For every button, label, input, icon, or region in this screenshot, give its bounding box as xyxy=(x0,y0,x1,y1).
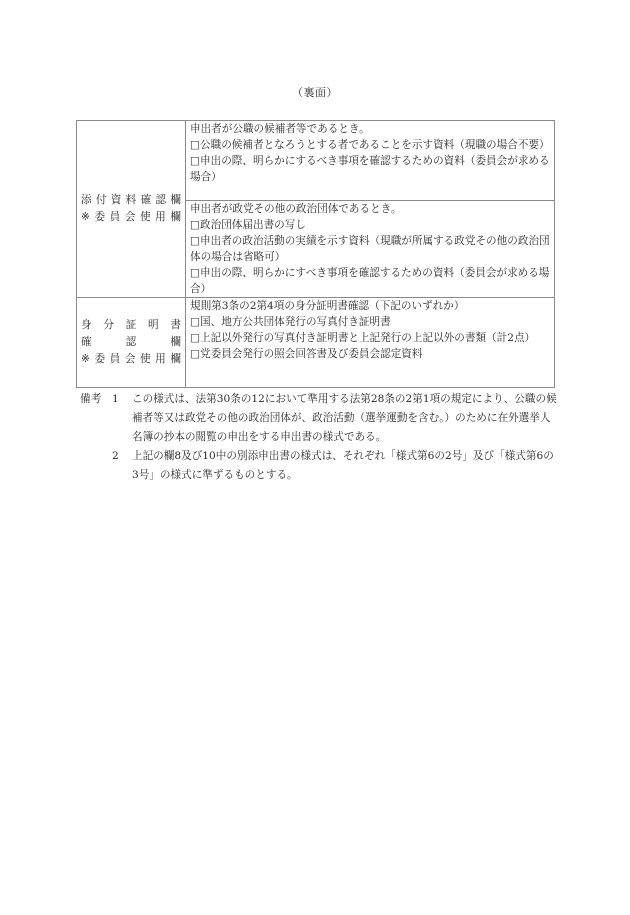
label-char: 資 xyxy=(111,192,122,209)
id-label-line-1: 身 分 証 明 書 xyxy=(81,317,181,334)
label-char: 使 xyxy=(140,351,151,368)
label-char: 使 xyxy=(140,209,151,226)
label-char: 確 xyxy=(81,334,92,351)
label-char: 証 xyxy=(126,317,137,334)
id-label-cell: 身 分 証 明 書 確 認 欄 ※ 委 員 会 使 用 欄 xyxy=(77,298,186,388)
label-char: 用 xyxy=(155,351,166,368)
remark-item-1: 備考 1 この様式は、法第30条の12において準用する法第28条の2第1項の規定… xyxy=(80,390,558,447)
checkbox-item-party-registration[interactable]: □政治団体届出書の写し xyxy=(190,217,551,233)
label-char: 明 xyxy=(148,317,159,334)
checkbox-item-party-extra[interactable]: □申出の際、明らかにすべき事項を確認するための資料（委員会が求める場合） xyxy=(190,265,551,297)
label-char: ※ xyxy=(81,351,90,368)
attachment-label-cell: 添 付 資 料 確 認 欄 ※ 委 員 会 使 用 欄 xyxy=(77,121,186,298)
label-char: 会 xyxy=(125,351,136,368)
remark-number: 1 xyxy=(112,390,124,447)
page-title: （裏面） xyxy=(0,84,630,100)
label-char: 料 xyxy=(126,192,137,209)
label-char: 認 xyxy=(126,334,137,351)
checkbox-item-id-party[interactable]: □党委員会発行の照会回答書及び委員会認定資料 xyxy=(190,346,551,362)
label-char: 添 xyxy=(81,192,92,209)
checkbox-item-candidate-proof[interactable]: □公職の候補者となろうとする者であることを示す資料（現職の場合不要） xyxy=(190,137,551,153)
checkbox-item-id-government[interactable]: □国、地方公共団体発行の写真付き証明書 xyxy=(190,314,551,330)
remarks-label: 備考 xyxy=(80,390,112,447)
checkbox-item-id-other[interactable]: □上記以外発行の写真付き証明書と上記発行の上記以外の書類（計2点） xyxy=(190,330,551,346)
remark-text: 上記の欄8及び10中の別添申出書の様式は、それぞれ「様式第6の2号」及び「様式第… xyxy=(132,447,558,485)
label-char: 身 xyxy=(81,317,92,334)
remarks-section: 備考 1 この様式は、法第30条の12において準用する法第28条の2第1項の規定… xyxy=(80,390,558,485)
label-char: 分 xyxy=(103,317,114,334)
attachment-row-candidate: 添 付 資 料 確 認 欄 ※ 委 員 会 使 用 欄 申出者が公職の候補者等で… xyxy=(77,121,555,201)
candidate-heading: 申出者が公職の候補者等であるとき。 xyxy=(190,121,551,137)
id-label-line-2: 確 認 欄 xyxy=(81,334,181,351)
label-char: 書 xyxy=(170,317,181,334)
id-label-line-3: ※ 委 員 会 使 用 欄 xyxy=(81,351,181,368)
label-char: 欄 xyxy=(170,209,181,226)
label-char: 欄 xyxy=(170,192,181,209)
checkbox-item-candidate-extra[interactable]: □申出の際、明らかにするべき事項を確認するための資料（委員会が求める場合） xyxy=(190,153,551,185)
attachment-label-line-2: ※ 委 員 会 使 用 欄 xyxy=(81,209,181,226)
label-char: 会 xyxy=(125,209,136,226)
label-char: ※ xyxy=(81,209,90,226)
remark-number: 2 xyxy=(112,447,124,485)
id-row: 身 分 証 明 書 確 認 欄 ※ 委 員 会 使 用 欄 規則第3条の2 xyxy=(77,298,555,388)
id-heading: 規則第3条の2第4項の身分証明書確認（下記のいずれか） xyxy=(190,298,551,314)
party-block: 申出者が政党その他の政治団体であるとき。 □政治団体届出書の写し □申出者の政治… xyxy=(186,201,555,298)
attachment-label-line-1: 添 付 資 料 確 認 欄 xyxy=(81,192,181,209)
label-char: 員 xyxy=(110,209,121,226)
label-char: 確 xyxy=(141,192,152,209)
label-char: 欄 xyxy=(170,351,181,368)
remark-text: この様式は、法第30条の12において準用する法第28条の2第1項の規定により、公… xyxy=(132,390,558,447)
checkbox-item-party-activity[interactable]: □申出者の政治活動の実績を示す資料（現職が所属する政党その他の政治団体の場合は省… xyxy=(190,233,551,265)
label-char: 用 xyxy=(155,209,166,226)
label-char: 認 xyxy=(155,192,166,209)
label-char: 委 xyxy=(94,209,105,226)
party-heading: 申出者が政党その他の政治団体であるとき。 xyxy=(190,201,551,217)
label-char: 員 xyxy=(110,351,121,368)
confirmation-table: 添 付 資 料 確 認 欄 ※ 委 員 会 使 用 欄 申出者が公職の候補者等で… xyxy=(76,120,555,388)
candidate-block: 申出者が公職の候補者等であるとき。 □公職の候補者となろうとする者であることを示… xyxy=(186,121,555,201)
id-block: 規則第3条の2第4項の身分証明書確認（下記のいずれか） □国、地方公共団体発行の… xyxy=(186,298,555,388)
label-char: 委 xyxy=(94,351,105,368)
label-char: 欄 xyxy=(170,334,181,351)
label-char: 付 xyxy=(96,192,107,209)
remark-item-2: 2 上記の欄8及び10中の別添申出書の様式は、それぞれ「様式第6の2号」及び「様… xyxy=(80,447,558,485)
